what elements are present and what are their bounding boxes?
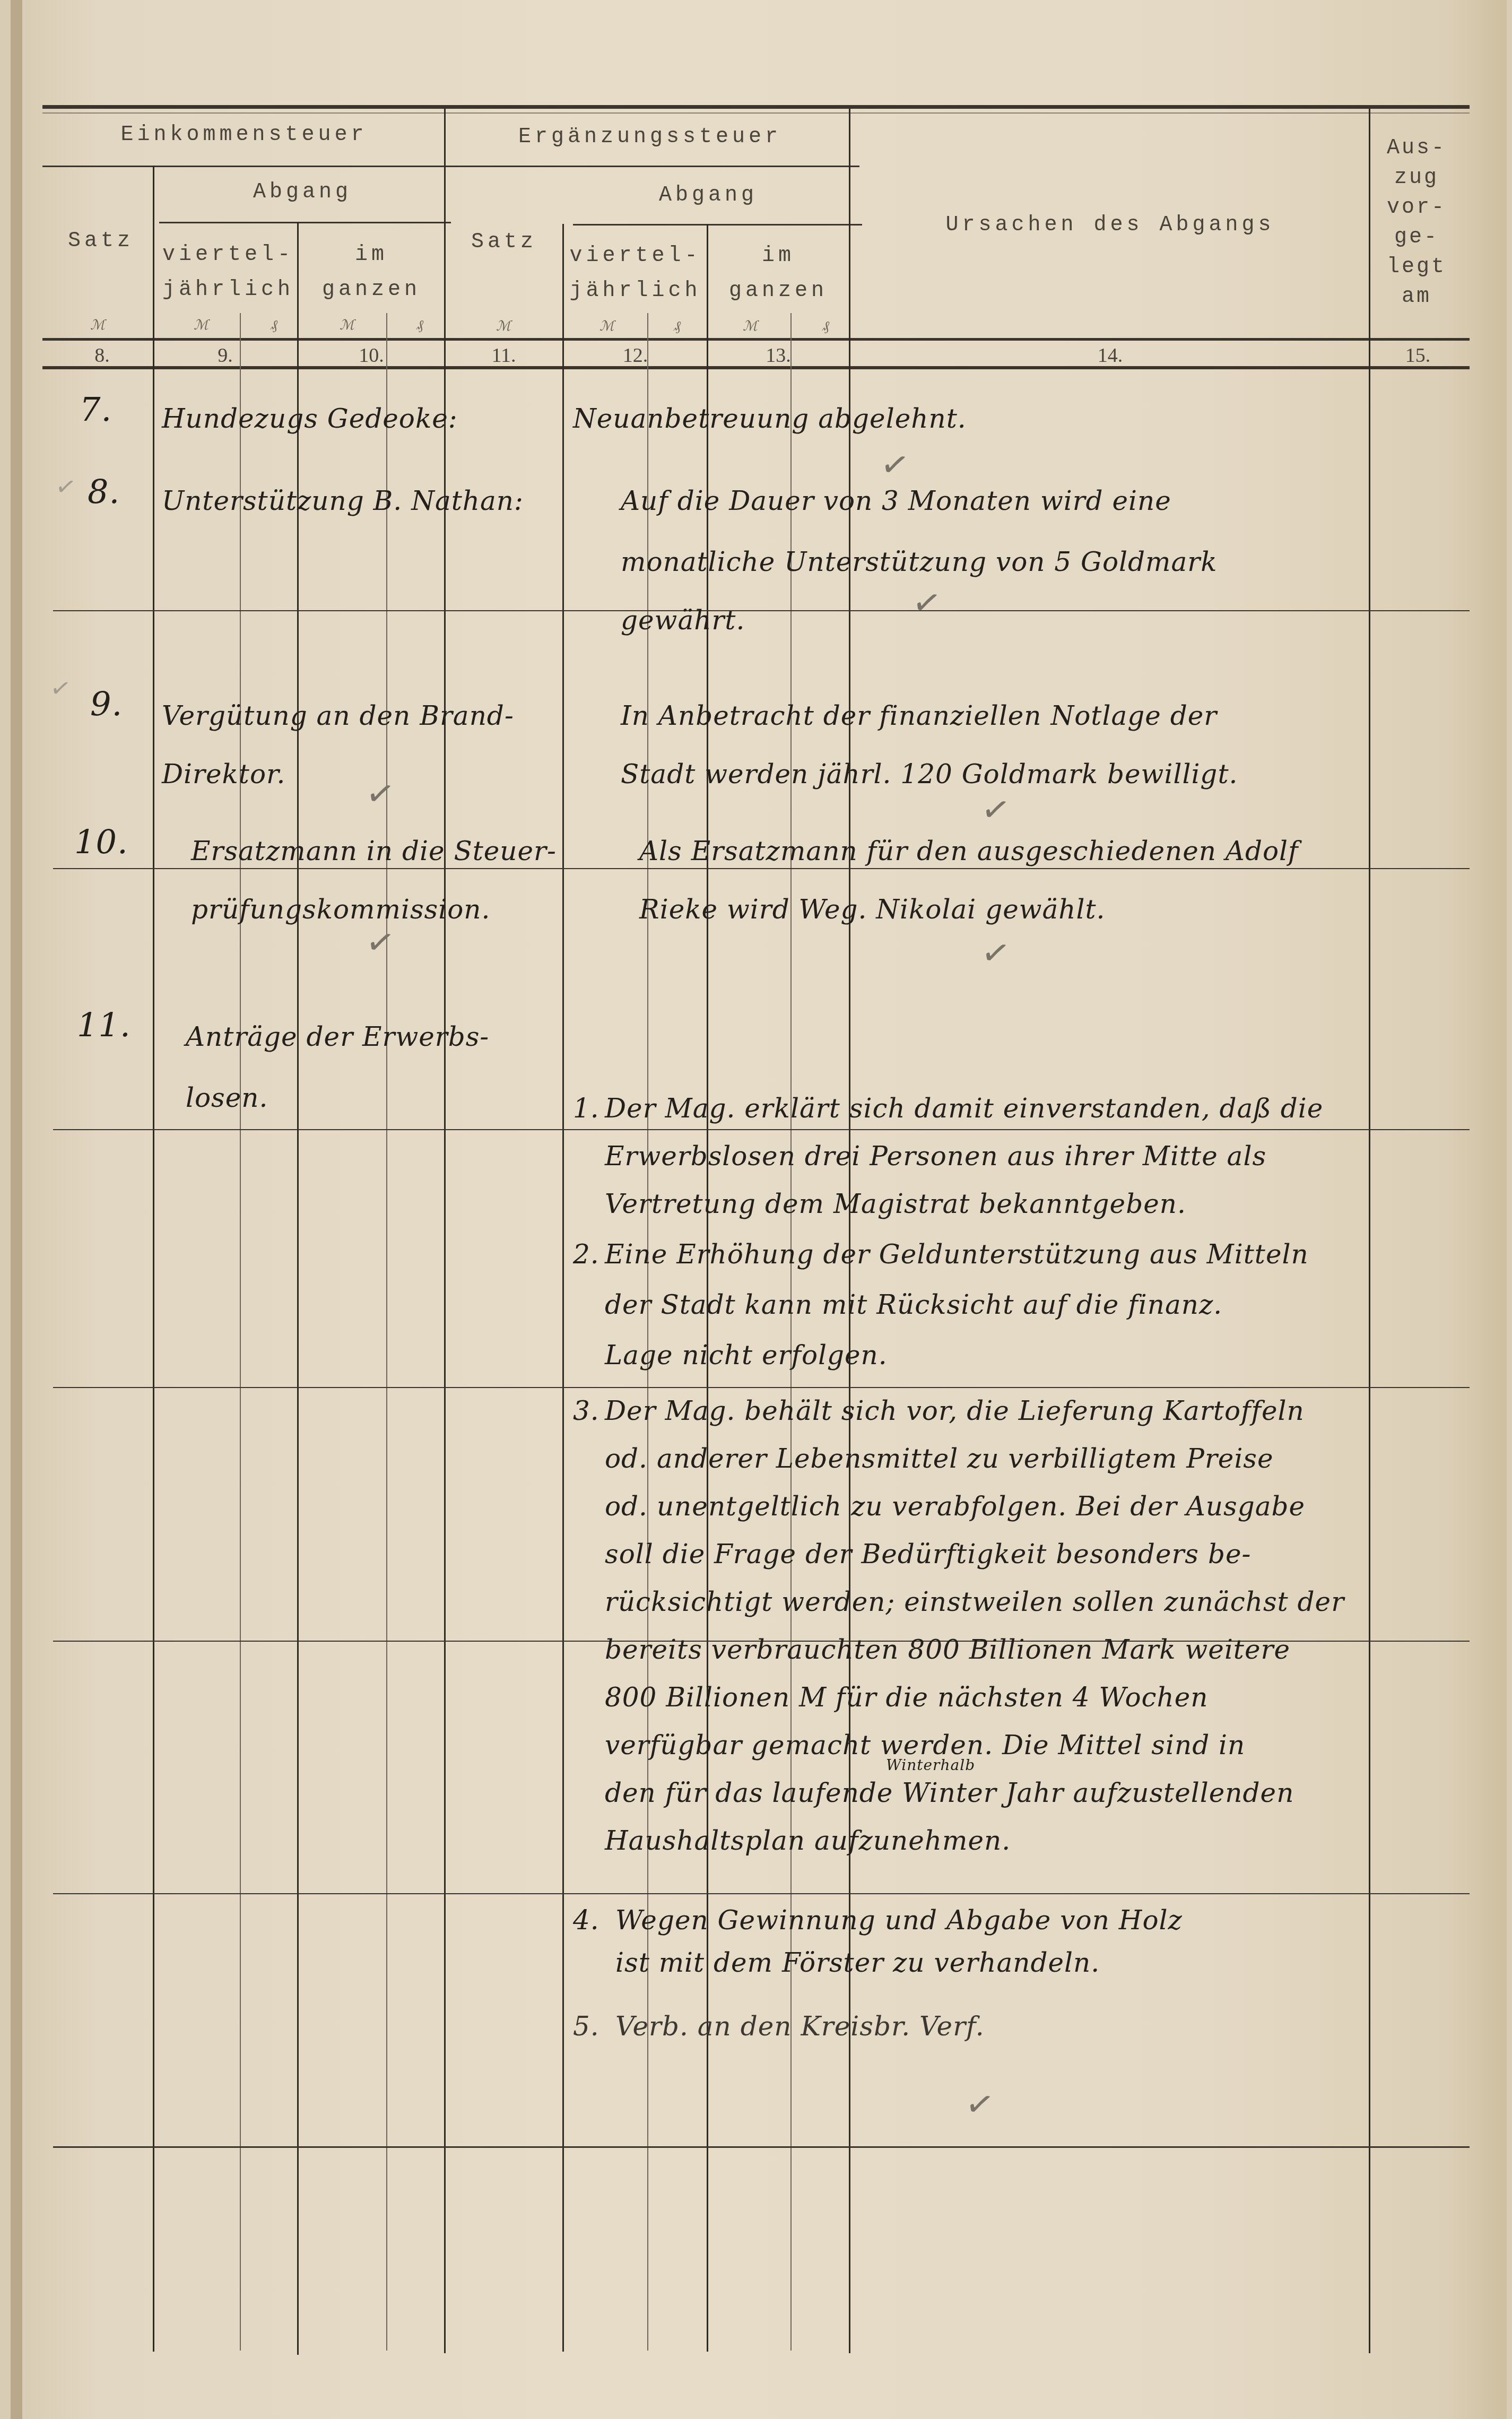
col-rule-10 — [297, 222, 299, 2355]
column-number: 8. — [53, 344, 151, 367]
entry-subject-line: Ersatzmann in die Steuer- — [191, 836, 557, 866]
col-rule-12 — [562, 224, 564, 2352]
abgang-rule-2 — [573, 224, 862, 226]
item-line: Verb. an den Kreisbr. Verf. — [615, 2011, 985, 2042]
header-ursachen: Ursachen des Abgangs — [851, 213, 1369, 237]
header-vierteljaehrlich-1: viertel- jährlich — [160, 238, 296, 308]
header-abgang-2: Abgang — [565, 184, 851, 207]
group-title-rule — [42, 166, 859, 167]
entry-cause-line: In Anbetracht der finanziellen Notlage d… — [621, 700, 1217, 731]
header-ergaenzungssteuer: Ergänzungssteuer — [451, 125, 849, 149]
item-line: den für das laufende Winter Jahr aufzust… — [605, 1778, 1294, 1808]
unit-pf: ₰ — [674, 318, 681, 334]
item-line: 800 Billionen M für die nächsten 4 Woche… — [605, 1682, 1209, 1713]
entry-subject: Unterstützung B. Nathan: — [162, 485, 524, 516]
entry-number: 10. — [74, 822, 128, 861]
col-rule-15 — [1369, 109, 1370, 2353]
entry-cause-line: Auf die Dauer von 3 Monaten wird eine — [621, 485, 1171, 516]
item-line: od. unentgeltlich zu verabfolgen. Bei de… — [605, 1491, 1305, 1522]
entry-cause-line: gewährt. — [621, 605, 745, 636]
entry-cause-line: Rieke wird Weg. Nikolai gewählt. — [639, 894, 1106, 925]
header-satz-2: Satz — [451, 230, 557, 254]
item-number: 2. — [573, 1239, 599, 1270]
column-number: 10. — [300, 344, 443, 367]
book-spine — [11, 0, 22, 2419]
entry-number: 8. — [88, 472, 120, 511]
entry-cause-line: monatliche Unterstützung von 5 Goldmark — [621, 547, 1218, 577]
column-number: 9. — [155, 344, 296, 367]
item-number: 4. — [573, 1905, 599, 1936]
entry-subject-line: losen. — [186, 1082, 268, 1113]
header-im-ganzen-2: im ganzen — [709, 239, 848, 309]
item-line: Vertretung dem Magistrat bekanntgeben. — [605, 1189, 1186, 1219]
pf-rule-10 — [386, 313, 387, 2351]
header-satz-1: Satz — [53, 229, 149, 253]
entry-subject-line: Anträge der Erwerbs- — [186, 1021, 489, 1052]
col-rule-9 — [153, 166, 154, 2352]
item-line: Haushaltsplan aufzunehmen. — [605, 1825, 1011, 1856]
entry-subject-line: Vergütung an den Brand- — [162, 700, 514, 731]
check-mark-icon: ✓ — [877, 444, 913, 487]
item-insertion: Winterhalb — [886, 1756, 975, 1774]
item-line: Wegen Gewinnung und Abgabe von Holz — [615, 1905, 1183, 1936]
unit-mark: ℳ — [743, 318, 758, 334]
entry-subject: Hundezugs Gedeoke: — [162, 403, 458, 434]
row-rule — [53, 1387, 1470, 1388]
row-rule — [53, 1893, 1470, 1894]
item-line: ist mit dem Förster zu verhandeln. — [615, 1947, 1100, 1978]
check-mark-icon: ✓ — [363, 921, 398, 965]
column-number: 14. — [851, 344, 1369, 367]
item-line: od. anderer Lebensmittel zu verbilligtem… — [605, 1443, 1274, 1474]
pf-rule-9 — [240, 313, 241, 2351]
unit-mark: ℳ — [599, 318, 614, 334]
abgang-rule — [159, 222, 451, 223]
ledger-page: Einkommensteuer Ergänzungssteuer Abgang … — [11, 0, 1507, 2419]
entry-cause-line: Als Ersatzmann für den ausgeschiedenen A… — [639, 836, 1299, 866]
header-abgang-1: Abgang — [159, 180, 446, 204]
top-rule-thin — [42, 112, 1470, 114]
column-number: 11. — [447, 344, 561, 367]
unit-mark: ℳ — [194, 317, 208, 333]
entry-number: 11. — [77, 1005, 131, 1044]
pf-rule-13 — [790, 313, 792, 2351]
check-mark-icon: ✓ — [909, 582, 944, 625]
check-mark-icon: ✓ — [962, 2083, 997, 2127]
item-line: Der Mag. erklärt sich damit einverstande… — [605, 1093, 1323, 1124]
top-rule — [42, 105, 1470, 109]
item-line: Der Mag. behält sich vor, die Lieferung … — [605, 1395, 1305, 1426]
column-number: 12. — [565, 344, 706, 367]
entry-subject-line: Direktor. — [162, 759, 285, 790]
entry-number: 9. — [90, 684, 123, 723]
entry-cause-line: Neuanbetreuung abgelehnt. — [573, 403, 967, 434]
header-einkommensteuer: Einkommensteuer — [53, 123, 435, 147]
item-line: Erwerbslosen drei Personen aus ihrer Mit… — [605, 1141, 1266, 1172]
row-rule — [53, 1129, 1470, 1130]
unit-mark: ℳ — [340, 317, 354, 333]
col-rule-11 — [444, 109, 446, 2353]
row-rule — [53, 610, 1470, 611]
unit-pf: ₰ — [271, 317, 277, 333]
item-number: 1. — [573, 1093, 599, 1124]
unit-pf: ₰ — [822, 318, 829, 334]
item-number: 5. — [573, 2011, 599, 2042]
unit-mark: ℳ — [496, 318, 511, 334]
item-line: Eine Erhöhung der Geldunterstützung aus … — [605, 1239, 1309, 1270]
item-line: Lage nicht erfolgen. — [605, 1340, 888, 1371]
column-number: 13. — [709, 344, 848, 367]
column-number: 15. — [1371, 344, 1464, 367]
item-number: 3. — [573, 1395, 599, 1426]
check-mark-icon: ✓ — [48, 672, 73, 704]
unit-pf: ₰ — [416, 317, 423, 333]
row-rule — [53, 2146, 1470, 2148]
check-mark-icon: ✓ — [978, 932, 1013, 975]
item-line: soll die Frage der Bedürftigkeit besonde… — [605, 1539, 1251, 1570]
entry-cause-line: Stadt werden jährl. 120 Goldmark bewilli… — [621, 759, 1238, 790]
check-mark-icon: ✓ — [363, 773, 398, 816]
unit-mark: ℳ — [90, 317, 105, 333]
header-bottom-rule — [42, 338, 1470, 341]
item-line: rücksichtigt werden; einstweilen sollen … — [605, 1586, 1344, 1617]
entry-number: 7. — [80, 390, 112, 429]
check-mark-icon: ✓ — [54, 471, 79, 502]
header-vierteljaehrlich-2: viertel- jährlich — [565, 239, 706, 309]
row-rule — [53, 868, 1470, 869]
item-line: der Stadt kann mit Rücksicht auf die fin… — [605, 1289, 1222, 1320]
header-im-ganzen-1: im ganzen — [300, 238, 443, 308]
item-line: bereits verbrauchten 800 Billionen Mark … — [605, 1634, 1290, 1665]
header-auszug: Aus- zug vor- ge- legt am — [1371, 134, 1462, 312]
entry-subject-line: prüfungskommission. — [191, 894, 490, 925]
check-mark-icon: ✓ — [978, 788, 1013, 832]
